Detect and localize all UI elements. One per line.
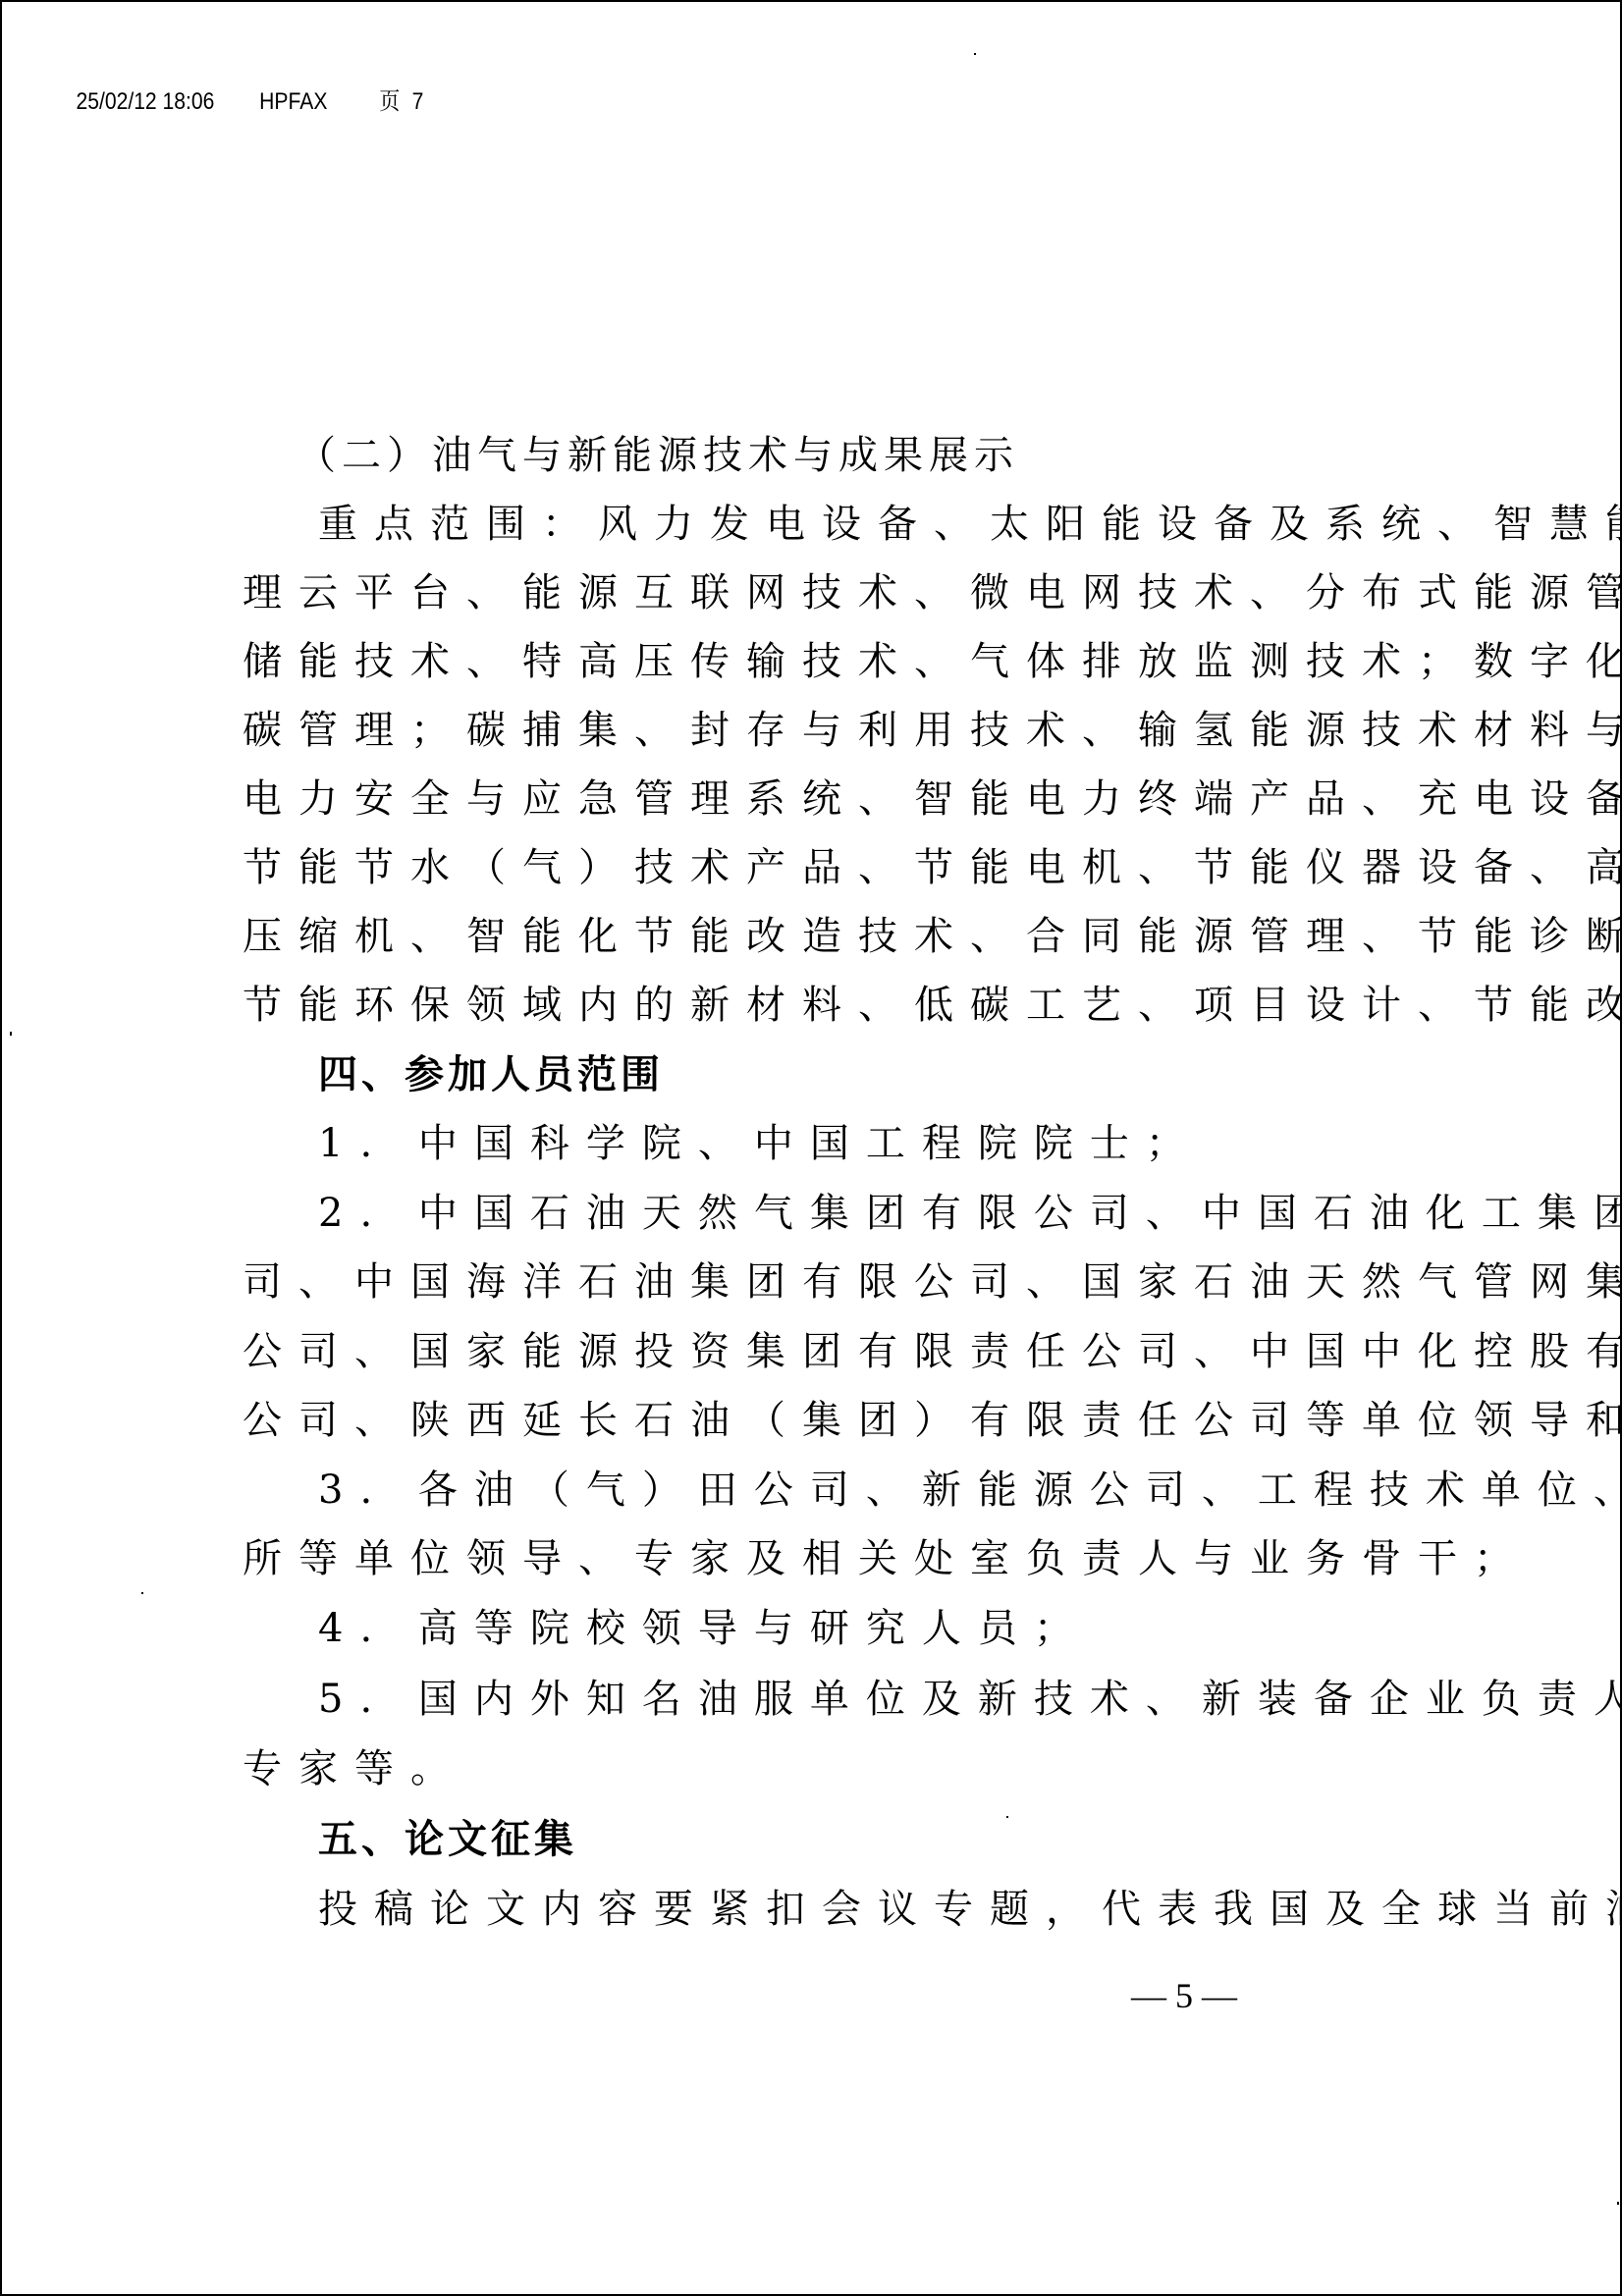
- scan-speck: [141, 1592, 143, 1594]
- paragraph-line: 压缩机、智能化节能改造技术、合同能源管理、节能诊断与监测、: [243, 902, 1303, 971]
- section-heading: 四、参加人员范围: [318, 1041, 1379, 1109]
- fax-page-number: 7: [412, 88, 424, 116]
- scan-speck: [1617, 2202, 1619, 2205]
- list-item: 3. 各油（气）田公司、新能源公司、工程技术单位、科研院: [318, 1456, 1379, 1524]
- list-item-continued: 专家等。: [243, 1735, 1303, 1803]
- scan-speck: [974, 53, 976, 55]
- paragraph-line: 重点范围：风力发电设备、太阳能设备及系统、智慧能源管: [318, 490, 1379, 559]
- scan-speck: [1006, 1816, 1008, 1818]
- list-item-continued: 公司、陕西延长石油（集团）有限责任公司等单位领导和专家；: [243, 1386, 1303, 1455]
- page-number: — 5 —: [1131, 1975, 1237, 2016]
- paragraph-line: 碳管理；碳捕集、封存与利用技术、输氢能源技术材料与装备、: [243, 696, 1303, 765]
- fax-page-label: 页: [379, 81, 400, 116]
- list-item-continued: 司、中国海洋石油集团有限公司、国家石油天然气管网集团有限: [243, 1248, 1303, 1316]
- fax-sender-id: HPFAX: [259, 88, 327, 116]
- fax-datetime: 25/02/12 18:06: [76, 88, 214, 116]
- list-item-continued: 公司、国家能源投资集团有限责任公司、中国中化控股有限责任: [243, 1317, 1303, 1386]
- paragraph-line: 储能技术、特高压传输技术、气体排放监测技术；数字化智慧低: [243, 627, 1303, 696]
- list-item: 2. 中国石油天然气集团有限公司、中国石油化工集团有限公: [318, 1179, 1379, 1248]
- fax-document-page: 25/02/12 18:06HPFAX页7 （二）油气与新能源技术与成果展示 重…: [0, 0, 1622, 2296]
- subsection-heading: （二）油气与新能源技术与成果展示: [297, 421, 1357, 490]
- list-item: 5. 国内外知名油服单位及新技术、新装备企业负责人和技术: [318, 1665, 1379, 1734]
- list-item-continued: 所等单位领导、专家及相关处室负责人与业务骨干；: [243, 1524, 1303, 1593]
- paragraph-line: 节能环保领域内的新材料、低碳工艺、项目设计、节能改造等。: [243, 971, 1303, 1040]
- list-item: 4. 高等院校领导与研究人员；: [318, 1594, 1379, 1663]
- scan-speck: [10, 1032, 12, 1036]
- list-item: 1. 中国科学院、中国工程院院士；: [318, 1109, 1379, 1178]
- section-heading: 五、论文征集: [318, 1805, 1379, 1874]
- paragraph-line: 投稿论文内容要紧扣会议专题，代表我国及全球当前油气与: [318, 1875, 1379, 1944]
- paragraph-line: 电力安全与应急管理系统、智能电力终端产品、充电设备、新型: [243, 765, 1303, 833]
- paragraph-line: 理云平台、能源互联网技术、微电网技术、分布式能源管理及其: [243, 559, 1303, 627]
- paragraph-line: 节能节水（气）技术产品、节能电机、节能仪器设备、高能节能: [243, 833, 1303, 902]
- fax-header: 25/02/12 18:06HPFAX页7: [53, 54, 423, 143]
